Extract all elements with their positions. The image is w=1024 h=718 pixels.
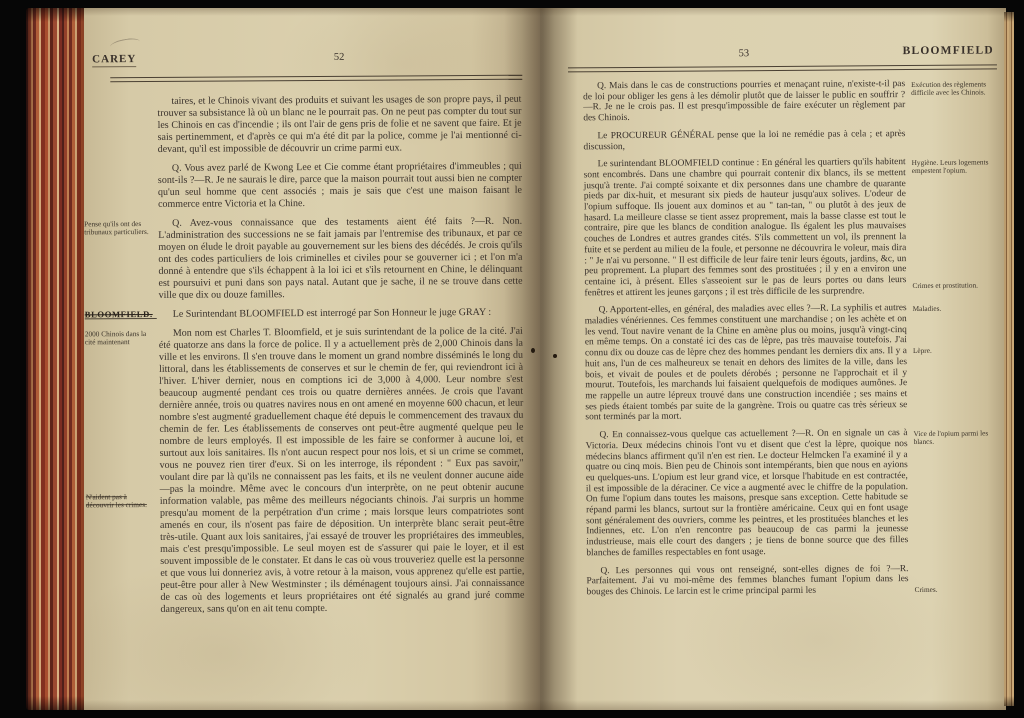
page-right-content: 53 BLOOMFIELD Exécution des règlements d…	[540, 8, 1006, 710]
margin-note: Vice de l'opium parmi les blancs.	[913, 430, 999, 447]
margin-note: Lèpre.	[913, 347, 999, 356]
scanned-book-photo: { "colors": { "paper": "#dbd0ae", "ink":…	[0, 0, 1024, 718]
examination-line: Le Surintendant BLOOMFIELD est interrogé…	[159, 307, 523, 321]
paragraph-block: Vice de l'opium parmi les blancs. Q. En …	[585, 428, 908, 559]
header-rule-right	[568, 64, 997, 72]
margin-note: Crimes.	[915, 585, 1001, 594]
paragraph: Q. En connaissez-vous quelque cas actuel…	[585, 428, 908, 559]
left-body-text: taires, et le Chinois vivant des produit…	[157, 94, 524, 623]
page-edges-left	[26, 8, 86, 710]
page-number-left: 52	[157, 51, 521, 64]
pencil-mark	[109, 37, 140, 52]
paragraph: Le surintendant BLOOMFIELD continue : En…	[584, 157, 907, 298]
header-rule-left	[110, 75, 522, 83]
margin-note: Crimes et prostitution.	[912, 282, 998, 291]
stitch-speck	[531, 348, 535, 353]
paragraph: Q. Vous avez parlé de Kwong Lee et Cie c…	[158, 161, 522, 211]
paragraph: Q. Apportent-elles, en général, des mala…	[585, 303, 908, 423]
page-edges-right	[1004, 12, 1014, 706]
margin-note-stamp: BLOOMFIELD.	[85, 310, 157, 320]
margin-note: N'aident pas à découvrir les crimes.	[86, 493, 152, 510]
running-header-left: CAREY	[92, 53, 136, 67]
paragraph-block: Crimes. Q. Les personnes qui vous ont re…	[586, 564, 908, 598]
page-left: CAREY 52 taires, et le Chinois vivant de…	[84, 8, 540, 710]
paragraph-block: Maladies. Lèpre. Q. Apportent-elles, en …	[585, 303, 908, 423]
margin-note: Pense qu'ils ont des tribunaux particuli…	[84, 220, 150, 237]
running-header-right: BLOOMFIELD	[903, 44, 994, 57]
page-right: 53 BLOOMFIELD Exécution des règlements d…	[540, 8, 1006, 710]
paragraph-block: BLOOMFIELD. Le Surintendant BLOOMFIELD e…	[159, 307, 523, 321]
margin-note: 2000 Chinois dans la cité maintenant	[85, 330, 151, 347]
right-body-text: Exécution des règlements difficile avec …	[583, 79, 909, 605]
page-number-right: 53	[583, 47, 905, 60]
paragraph: Mon nom est Charles T. Bloomfield, et je…	[159, 326, 525, 616]
margin-note: Maladies.	[913, 305, 999, 314]
margin-note: Hygiène. Leurs logements empestent l'opi…	[912, 159, 998, 176]
paragraph-block: Pense qu'ils ont des tribunaux particuli…	[158, 216, 523, 302]
paragraph: Le PROCUREUR GÉNÉRAL pense que la loi ne…	[583, 129, 905, 153]
page-left-content: CAREY 52 taires, et le Chinois vivant de…	[84, 8, 540, 710]
paragraph: Q. Mais dans le cas de constructions pou…	[583, 79, 905, 124]
paragraph-block: Exécution des règlements difficile avec …	[583, 79, 905, 124]
paragraph-block: 2000 Chinois dans la cité maintenant N'a…	[159, 326, 525, 616]
open-book: CAREY 52 taires, et le Chinois vivant de…	[26, 8, 1014, 710]
stitch-speck	[553, 354, 557, 358]
margin-note: Exécution des règlements difficile avec …	[911, 80, 997, 97]
paragraph: Q. Les personnes qui vous ont renseigné,…	[586, 564, 908, 598]
paragraph: Q. Avez-vous connaissance que des testam…	[158, 216, 523, 302]
paragraph: taires, et le Chinois vivant des produit…	[157, 94, 521, 156]
paragraph-block: Hygiène. Leurs logements empestent l'opi…	[584, 157, 907, 298]
